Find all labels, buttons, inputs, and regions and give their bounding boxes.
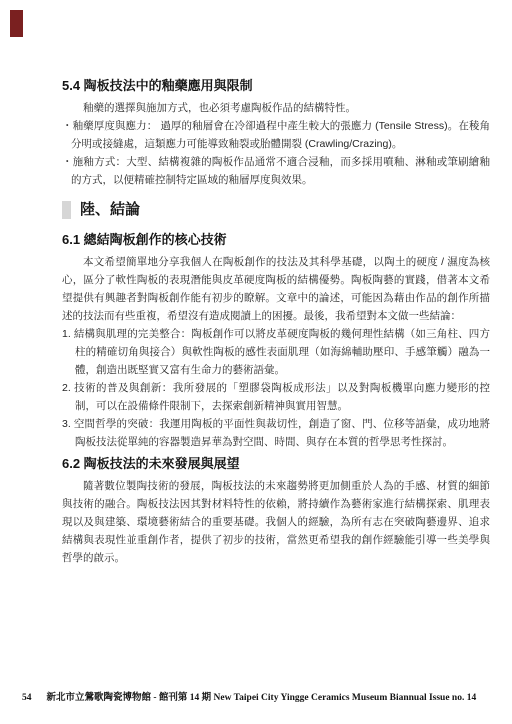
section-header-conclusion: 陸、結論 — [62, 200, 490, 220]
heading-6-2: 6.2 陶板技法的未來發展與展望 — [62, 454, 490, 474]
heading-6-1: 6.1 總結陶板創作的核心技術 — [62, 230, 490, 250]
page-edge-tab — [10, 10, 23, 37]
heading-5-4: 5.4 陶板技法中的釉藥應用與限制 — [62, 76, 490, 96]
section-marker-square — [62, 201, 71, 219]
page-number: 54 — [22, 693, 32, 703]
paragraph-5-4-intro: 釉藥的選擇與施加方式，也必須考慮陶板作品的結構特性。 — [62, 99, 490, 117]
paragraph-6-2: 隨著數位製陶技術的發展，陶板技法的未來趨勢將更加側重於人為的手感、材質的細節與技… — [62, 477, 490, 567]
conclusion-item-1: 1. 結構與肌理的完美整合：陶板創作可以將皮革硬度陶板的幾何理性結構（如三角柱、… — [62, 325, 490, 379]
conclusion-item-2: 2. 技術的普及與創新：我所發展的「塑膠袋陶板成形法」以及對陶板機單向應力變形的… — [62, 379, 490, 415]
paragraph-6-1: 本文希望簡單地分享我個人在陶板創作的技法及其科學基礎，以陶土的硬度 / 濕度為核… — [62, 253, 490, 325]
bullet-glaze-thickness: ・釉藥厚度與應力： 過厚的釉層會在冷卻過程中產生較大的張應力 (Tensile … — [62, 117, 490, 153]
page-content: 5.4 陶板技法中的釉藥應用與限制 釉藥的選擇與施加方式，也必須考慮陶板作品的結… — [62, 76, 490, 567]
section-header-title: 陸、結論 — [80, 200, 140, 220]
journal-title: 新北市立鶯歌陶瓷博物館 - 館刊第 14 期 New Taipei City Y… — [47, 693, 477, 703]
bullet-glazing-method: ・施釉方式：大型、結構複雜的陶板作品通常不適合浸釉，而多採用噴釉、淋釉或筆刷繪釉… — [62, 153, 490, 189]
conclusion-item-3: 3. 空間哲學的突破：我運用陶板的平面性與裁切性，創造了窗、門、位移等語彙，成功… — [62, 415, 490, 451]
page-footer: 54新北市立鶯歌陶瓷博物館 - 館刊第 14 期 New Taipei City… — [22, 689, 502, 703]
